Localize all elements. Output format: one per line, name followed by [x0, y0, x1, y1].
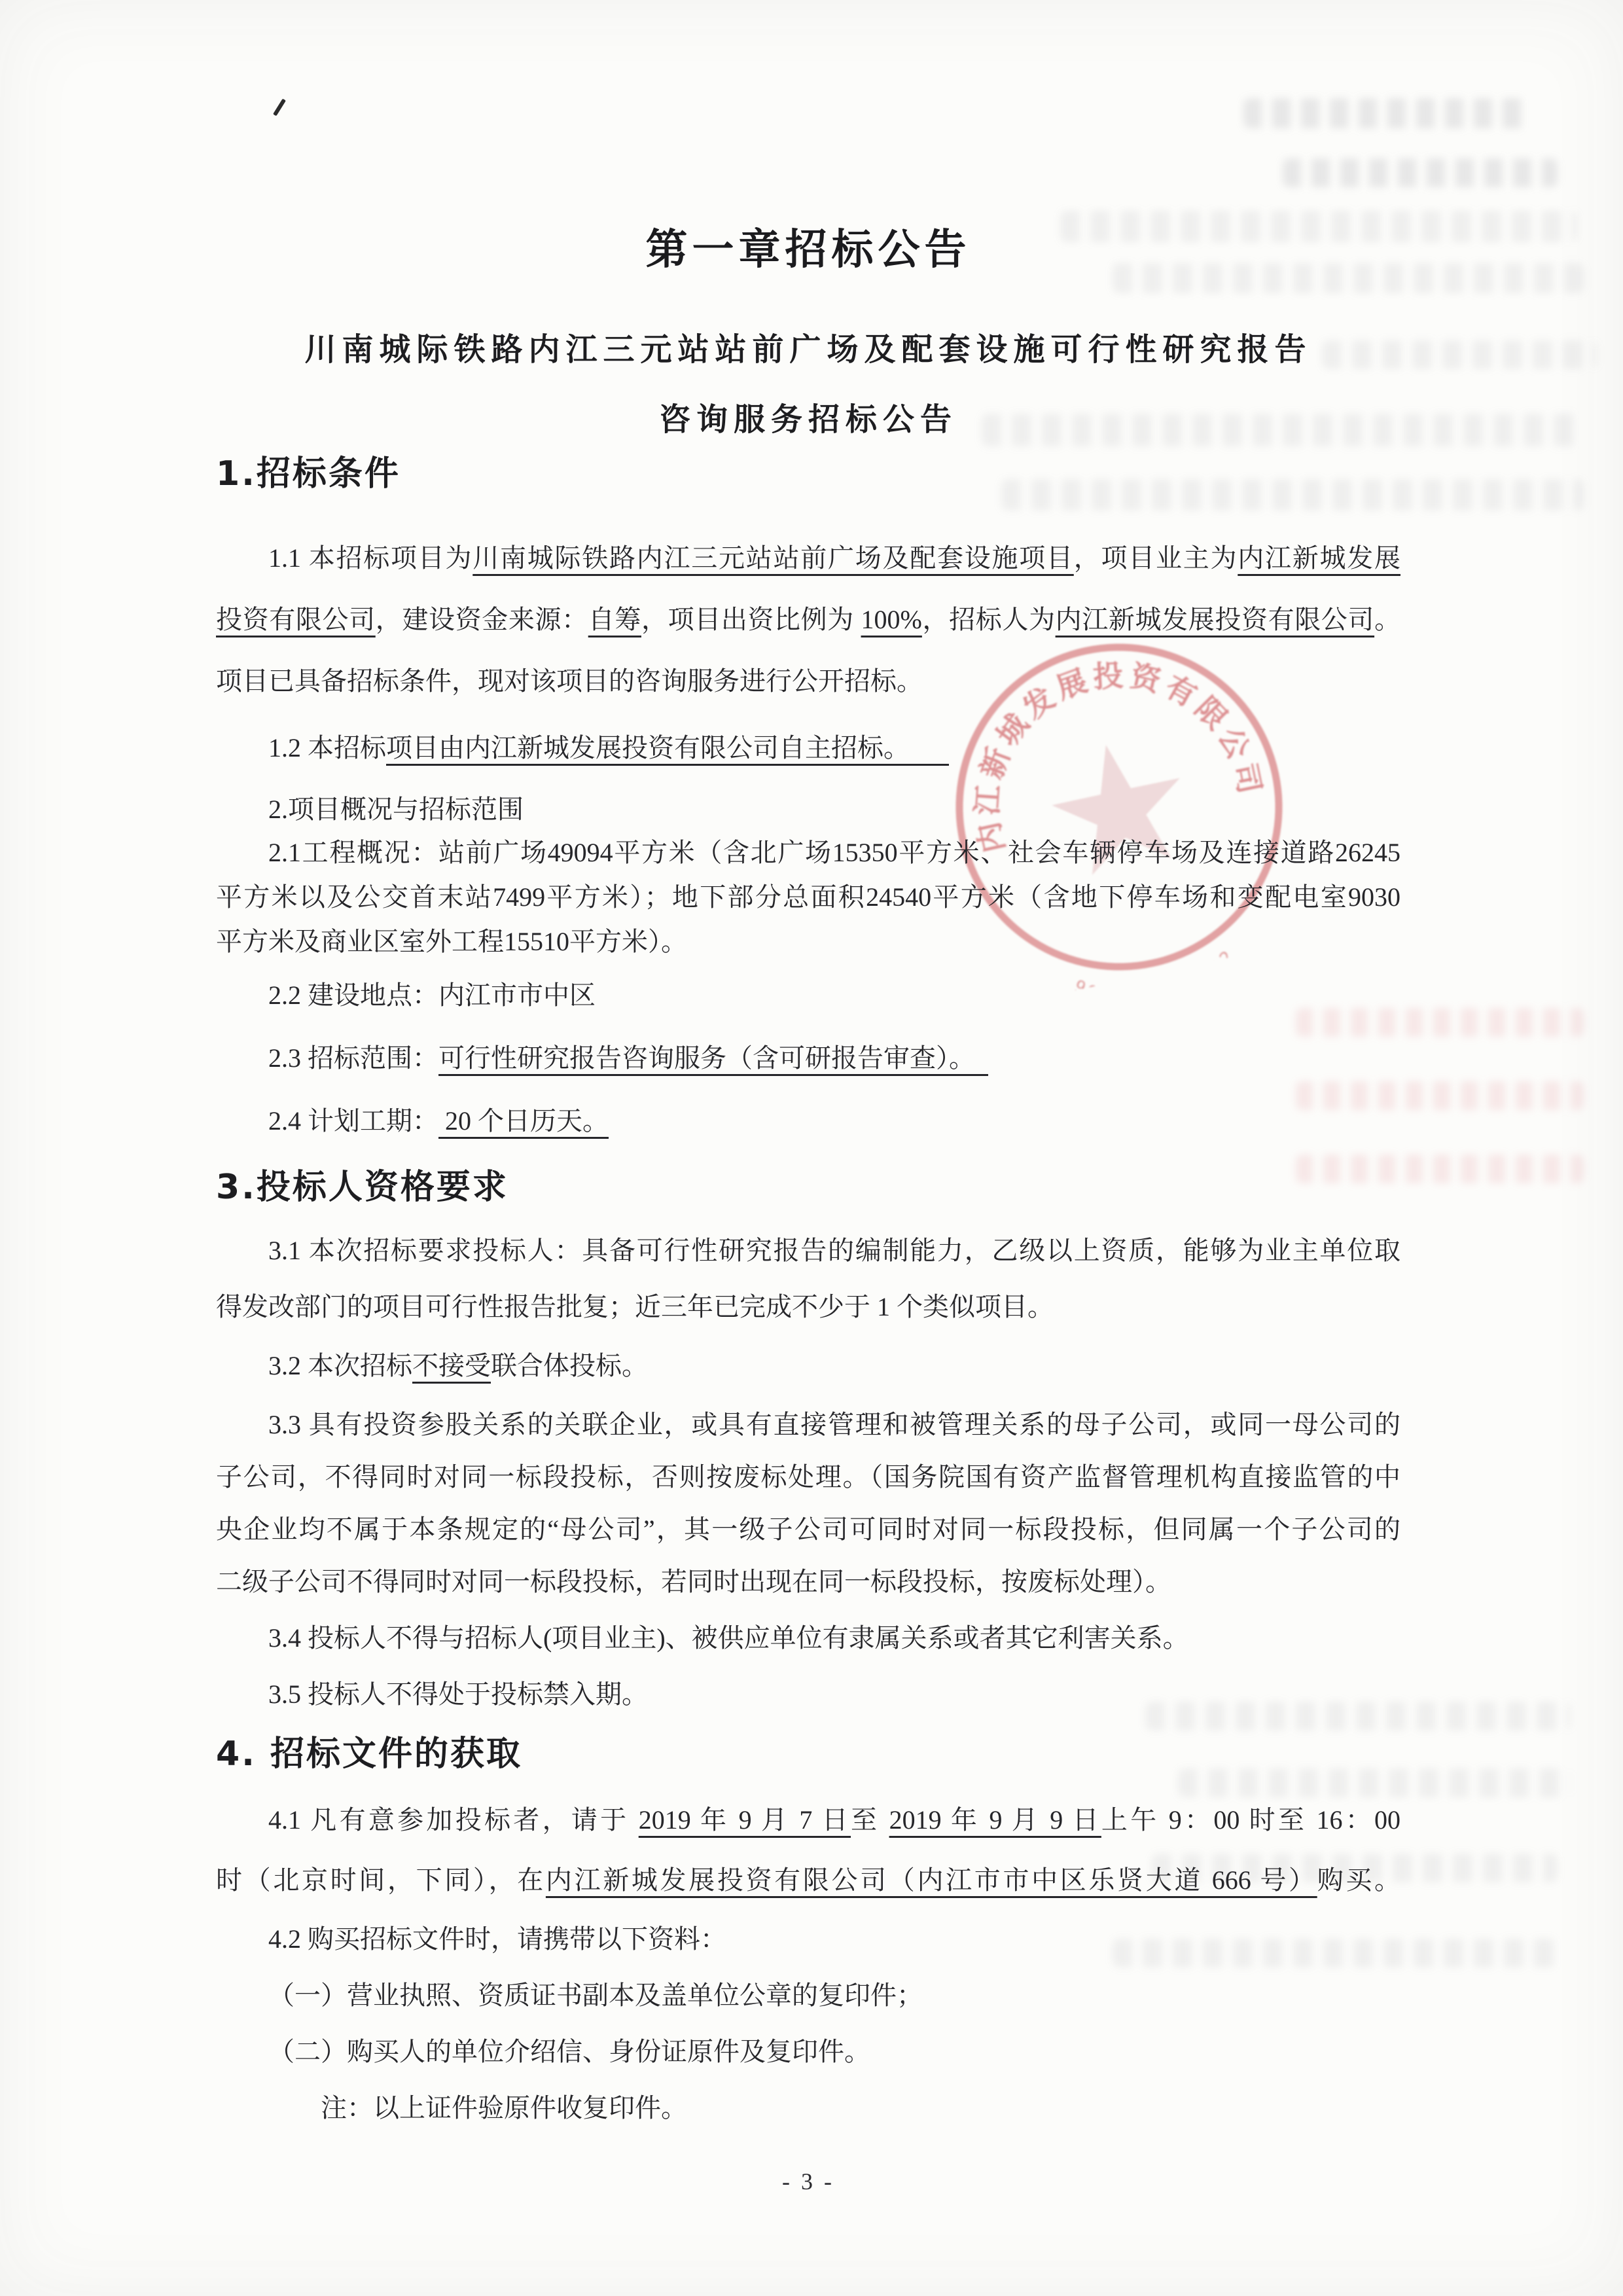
- clause-1-1-line-2: 投资有限公司，建设资金来源：自筹，项目出资比例为 100%，招标人为内江新城发展…: [216, 603, 1400, 636]
- doc-subtitle-2: 咨询服务招标公告: [157, 394, 1459, 439]
- scanned-document-page: 内江新城发展投资有限公司 9651005*100112 第一章招标公告 川南城际…: [0, 0, 1623, 2296]
- section-3-heading: 3.投标人资格要求: [216, 1166, 1400, 1209]
- clause-4-2-item-2: （二）购买人的单位介绍信、身份证原件及复印件。: [216, 2036, 1400, 2068]
- underlined-run: 内江新城发展投资有限公司: [1056, 605, 1374, 634]
- clause-1-1-line-3: 项目已具备招标条件，现对该项目的咨询服务进行公开招标。: [216, 665, 1400, 698]
- clause-2-1-line-2: 平方米以及公交首末站7499平方米）；地下部分总面积24540平方米（含地下停车…: [216, 881, 1400, 914]
- text-run: 2.3 招标范围：: [268, 1043, 438, 1073]
- underlined-run: 内江新城发展投资有限公司（内江市市中区乐贤大道 666 号）: [546, 1865, 1317, 1895]
- clause-2-1-line-1: 2.1工程概况：站前广场49094平方米（含北广场15350平方米、社会车辆停车…: [216, 836, 1400, 869]
- underlined-run: 可行性研究报告咨询服务（含可研报告审查）。: [438, 1043, 988, 1073]
- scan-artifact: [273, 99, 286, 117]
- clause-3-3-line-2: 子公司，不得同时对同一标段投标，否则按废标处理。（国务院国有资产监督管理机构直接…: [216, 1461, 1400, 1494]
- chapter-title: 第一章招标公告: [216, 216, 1400, 276]
- clause-1-1-line-1: 1.1 本招标项目为川南城际铁路内江三元站站前广场及配套设施项目，项目业主为内江…: [216, 542, 1400, 575]
- underlined-run: 内江新城发展: [1238, 543, 1400, 573]
- underlined-run: 投资有限公司: [216, 605, 376, 634]
- text-run: 3.1 本次招标要求投标人：具备可行性研究报告的编制能力，乙级以上资质，能够为业…: [268, 1236, 1400, 1265]
- text-run: 2.项目概况与招标范围: [268, 795, 524, 824]
- text-run: 4.1 凡有意参加投标者，请于: [268, 1805, 639, 1835]
- bleedthrough-smudge: [1283, 158, 1558, 187]
- underlined-run: 不接受: [412, 1351, 491, 1380]
- clause-3-3-line-3: 央企业均不属于本条规定的“母公司”，其一级子公司可同时对同一标段投标，但同属一个…: [216, 1513, 1400, 1546]
- underlined-run: 2019 年 9 月 7 日: [639, 1805, 851, 1835]
- text-run: ，招标人为: [922, 605, 1056, 634]
- underlined-run: 2019 年 9 月 9 日: [889, 1805, 1101, 1835]
- bleedthrough-smudge: [1296, 1008, 1584, 1037]
- text-run: 4.2 购买招标文件时，请携带以下资料：: [268, 1924, 726, 1954]
- clause-3-1-line-2: 得发改部门的项目可行性报告批复；近三年已完成不少于 1 个类似项目。: [216, 1291, 1400, 1323]
- text-run: 二级子公司不得同时对同一标段投标，若同时出现在同一标段投标，按废标处理）。: [216, 1567, 1171, 1596]
- text-run: 3.3 具有投资参股关系的关联企业，或具有直接管理和被管理关系的母子公司，或同一…: [268, 1410, 1400, 1439]
- clause-4-1-line-1: 4.1 凡有意参加投标者，请于 2019 年 9 月 7 日至 2019 年 9…: [216, 1804, 1400, 1837]
- clause-1-2: 1.2 本招标项目由内江新城发展投资有限公司自主招标。: [216, 732, 1400, 764]
- doc-subtitle-1: 川南城际铁路内江三元站站前广场及配套设施可行性研究报告: [157, 324, 1459, 369]
- text-run: 时（北京时间，下同），在: [216, 1865, 546, 1895]
- section-1-heading: 1.招标条件: [216, 453, 1400, 495]
- text-run: 2.4 计划工期：: [268, 1106, 438, 1136]
- bleedthrough-smudge: [1243, 98, 1525, 128]
- text-run: 2.2 建设地点：内江市市中区: [268, 980, 596, 1010]
- text-run: 至: [851, 1805, 889, 1835]
- text-run: 注：以上证件验原件收复印件。: [321, 2093, 687, 2123]
- text-run: （二）购买人的单位介绍信、身份证原件及复印件。: [268, 2037, 870, 2066]
- text-run: 3.4 投标人不得与招标人(项目业主)、被供应单位有隶属关系或者其它利害关系。: [268, 1623, 1189, 1653]
- underlined-run: 100%: [861, 605, 922, 634]
- section-4-heading: 4. 招标文件的获取: [216, 1733, 1400, 1776]
- page-number: - 3 -: [216, 2168, 1400, 2195]
- text-run: 1.1 本招标项目为: [268, 543, 473, 573]
- text-run: 购买。: [1317, 1865, 1400, 1895]
- text-run: 。: [1374, 605, 1400, 634]
- clause-3-3-line-4: 二级子公司不得同时对同一标段投标，若同时出现在同一标段投标，按废标处理）。: [216, 1566, 1400, 1598]
- text-run: 平方米及商业区室外工程15510平方米）。: [216, 927, 687, 956]
- text-run: 1.2 本招标: [268, 733, 386, 762]
- clause-2-1-line-3: 平方米及商业区室外工程15510平方米）。: [216, 925, 1400, 958]
- underlined-run: 自筹: [588, 605, 641, 634]
- clause-2-3: 2.3 招标范围：可行性研究报告咨询服务（含可研报告审查）。: [216, 1042, 1400, 1075]
- clause-4-1-line-2: 时（北京时间，下同），在内江新城发展投资有限公司（内江市市中区乐贤大道 666 …: [216, 1864, 1400, 1897]
- text-run: 央企业均不属于本条规定的“母公司”，其一级子公司可同时对同一标段投标，但同属一个…: [216, 1515, 1400, 1544]
- underlined-run: 项目由内江新城发展投资有限公司自主招标。: [386, 733, 949, 762]
- underlined-run: 川南城际铁路内江三元站站前广场及配套设施项目: [473, 543, 1074, 573]
- text-run: 平方米以及公交首末站7499平方米）；地下部分总面积24540平方米（含地下停车…: [216, 882, 1400, 912]
- clause-4-2-item-1: （一）营业执照、资质证书副本及盖单位公章的复印件；: [216, 1979, 1400, 2012]
- text-run: ，项目业主为: [1074, 543, 1238, 573]
- clause-3-2: 3.2 本次招标不接受联合体投标。: [216, 1350, 1400, 1382]
- text-run: （一）营业执照、资质证书副本及盖单位公章的复印件；: [268, 1981, 923, 2010]
- section-2-heading: 2.项目概况与招标范围: [216, 793, 1400, 826]
- text-run: ，建设资金来源：: [376, 605, 588, 634]
- clause-2-4: 2.4 计划工期： 20 个日历天。: [216, 1105, 1400, 1138]
- text-run: 子公司，不得同时对同一标段投标，否则按废标处理。（国务院国有资产监督管理机构直接…: [216, 1462, 1400, 1492]
- text-run: 项目已具备招标条件，现对该项目的咨询服务进行公开招标。: [216, 666, 923, 696]
- text-run: 3.2 本次招标: [268, 1351, 412, 1380]
- clause-3-4: 3.4 投标人不得与招标人(项目业主)、被供应单位有隶属关系或者其它利害关系。: [216, 1622, 1400, 1655]
- clause-2-2: 2.2 建设地点：内江市市中区: [216, 979, 1400, 1012]
- underlined-run: 20 个日历天。: [438, 1106, 609, 1136]
- clause-4-2: 4.2 购买招标文件时，请携带以下资料：: [216, 1923, 1400, 1956]
- clause-3-5: 3.5 投标人不得处于投标禁入期。: [216, 1678, 1400, 1711]
- text-run: ，项目出资比例为: [641, 605, 861, 634]
- clause-3-1-line-1: 3.1 本次招标要求投标人：具备可行性研究报告的编制能力，乙级以上资质，能够为业…: [216, 1234, 1400, 1267]
- text-run: 上午 9：00 时至 16：00: [1101, 1805, 1400, 1835]
- text-run: 联合体投标。: [491, 1351, 648, 1380]
- text-run: 得发改部门的项目可行性报告批复；近三年已完成不少于 1 个类似项目。: [216, 1292, 1054, 1321]
- text-run: 2.1工程概况：站前广场49094平方米（含北广场15350平方米、社会车辆停车…: [268, 838, 1400, 867]
- text-run: 3.5 投标人不得处于投标禁入期。: [268, 1679, 648, 1709]
- clause-4-2-note: 注：以上证件验原件收复印件。: [216, 2092, 1400, 2125]
- clause-3-3-line-1: 3.3 具有投资参股关系的关联企业，或具有直接管理和被管理关系的母子公司，或同一…: [216, 1408, 1400, 1441]
